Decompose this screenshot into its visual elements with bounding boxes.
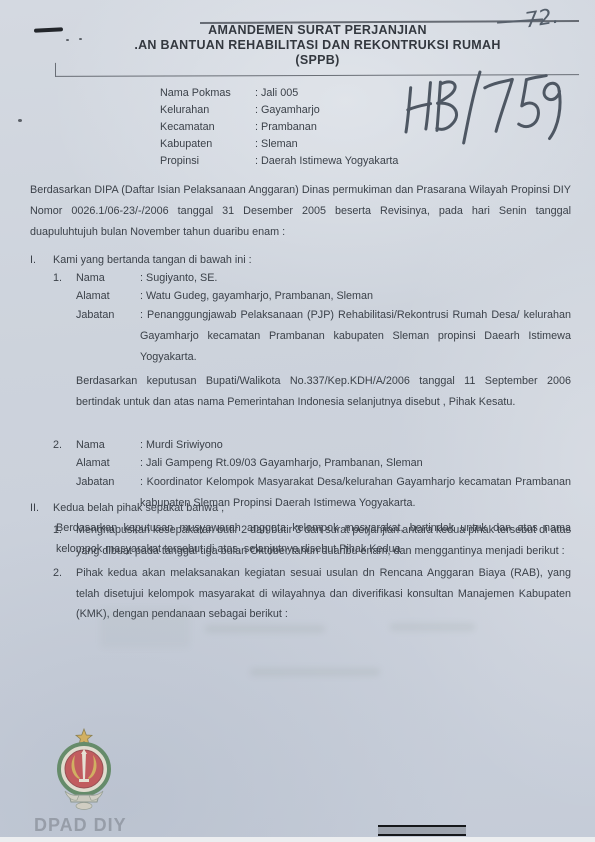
meta-label: Kecamatan xyxy=(160,119,255,136)
title-line-3: (SPPB) xyxy=(60,53,575,67)
meta-label: Nama Pokmas xyxy=(160,85,255,102)
section-heading-text: Kami yang bertanda tangan di bawah ini : xyxy=(53,251,571,269)
meta-row-kabupaten: Kabupaten : Sleman xyxy=(160,136,460,153)
title-line-2: .AN BANTUAN REHABILITASI DAN REKONTRUKSI… xyxy=(60,38,575,53)
meta-label: Kabupaten xyxy=(160,136,255,153)
field-value: : Watu Gudeg, gayamharjo, Prambanan, Sle… xyxy=(140,288,571,306)
section-2: II. Kedua belah pihak sepakat bahwa ; 1.… xyxy=(30,498,571,625)
party-number: 1. xyxy=(53,270,76,413)
item-number: 1. xyxy=(53,520,76,561)
scan-dot xyxy=(18,119,22,122)
bleed-through-smudge xyxy=(100,608,190,648)
intro-paragraph: Berdasarkan DIPA (Daftar Isian Pelaksana… xyxy=(30,180,571,243)
field-label: Alamat xyxy=(76,288,140,306)
meta-value: : Prambanan xyxy=(255,119,460,136)
title-line-1: AMANDEMEN SURAT PERJANJIAN xyxy=(60,23,575,38)
meta-label: Propinsi xyxy=(160,153,255,170)
watermark-label: DPAD DIY xyxy=(34,815,127,836)
meta-row-kelurahan: Kelurahan : Gayamharjo xyxy=(160,102,460,119)
bleed-through-smudge xyxy=(390,623,475,631)
meta-value: : Sleman xyxy=(255,136,460,153)
item-text: Menghapuskan kesepakatan butir 2 dan but… xyxy=(76,520,571,561)
field-label: Nama xyxy=(76,437,140,455)
field-label: Alamat xyxy=(76,455,140,473)
scan-bottom-edge xyxy=(0,837,595,842)
party-1-note: Berdasarkan keputusan Bupati/Walikota No… xyxy=(76,371,571,413)
meta-value: : Gayamharjo xyxy=(255,102,460,119)
party-1-alamat: Alamat : Watu Gudeg, gayamharjo, Pramban… xyxy=(76,288,571,306)
field-value: : Murdi Sriwiyono xyxy=(140,437,571,455)
field-value: : Penanggungjawab Pelaksanaan (PJP) Reha… xyxy=(140,305,571,368)
party-1-nama: Nama : Sugiyanto, SE. xyxy=(76,270,571,288)
document-title: AMANDEMEN SURAT PERJANJIAN .AN BANTUAN R… xyxy=(60,23,575,67)
scanned-document-page: AMANDEMEN SURAT PERJANJIAN .AN BANTUAN R… xyxy=(0,0,595,842)
scan-mark-dash xyxy=(34,27,63,33)
section-numeral: II. xyxy=(30,498,53,518)
field-value: : Sugiyanto, SE. xyxy=(140,270,571,288)
bleed-through-smudge xyxy=(205,625,325,633)
field-label: Nama xyxy=(76,270,140,288)
party-2-nama: Nama : Murdi Sriwiyono xyxy=(76,437,571,455)
agreement-item-1: 1. Menghapuskan kesepakatan butir 2 dan … xyxy=(53,520,571,561)
meta-row-propinsi: Propinsi : Daerah Istimewa Yogyakarta xyxy=(160,153,460,170)
meta-label: Kelurahan xyxy=(160,102,255,119)
item-number: 2. xyxy=(53,563,76,625)
party-2-alamat: Alamat : Jali Gampeng Rt.09/03 Gayamharj… xyxy=(76,455,571,473)
section-2-heading: II. Kedua belah pihak sepakat bahwa ; xyxy=(30,498,571,518)
party-1-jabatan: Jabatan : Penanggungjawab Pelaksanaan (P… xyxy=(76,305,571,368)
yogyakarta-provincial-emblem-icon xyxy=(55,727,113,818)
bleed-through-smudge xyxy=(250,668,380,676)
meta-row-kecamatan: Kecamatan : Prambanan xyxy=(160,119,460,136)
field-value: : Jali Gampeng Rt.09/03 Gayamharjo, Pram… xyxy=(140,455,571,473)
meta-row-nama-pokmas: Nama Pokmas : Jali 005 xyxy=(160,85,460,102)
meta-value: : Jali 005 xyxy=(255,85,460,102)
footer-provenance-mark xyxy=(378,825,466,836)
section-heading-text: Kedua belah pihak sepakat bahwa ; xyxy=(53,498,571,518)
party-1: 1. Nama : Sugiyanto, SE. Alamat : Watu G… xyxy=(53,270,571,413)
meta-value: : Daerah Istimewa Yogyakarta xyxy=(255,153,460,170)
field-label: Jabatan xyxy=(76,305,140,368)
section-numeral: I. xyxy=(30,251,53,269)
section-1-heading: I. Kami yang bertanda tangan di bawah in… xyxy=(30,251,571,269)
pokmas-meta-list: Nama Pokmas : Jali 005 Kelurahan : Gayam… xyxy=(160,85,460,170)
